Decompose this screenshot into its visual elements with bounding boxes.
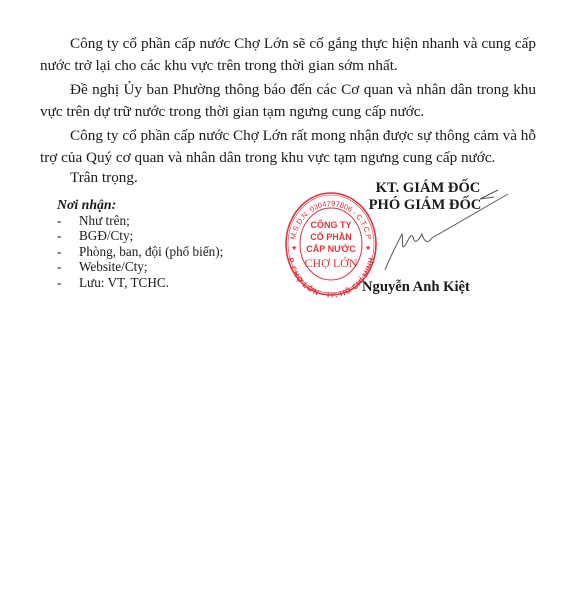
recipient-label: Như trên; [79, 213, 130, 229]
recipient-label: BGĐ/Cty; [79, 228, 133, 244]
recipient-label: Website/Cty; [79, 259, 148, 275]
signer-name: Nguyễn Anh Kiệt [362, 279, 470, 296]
paragraph-2-text: Đề nghị Ủy ban Phường thông báo đến các … [40, 81, 536, 120]
recipient-item: -Phòng, ban, đội (phổ biến); [57, 244, 223, 260]
paragraph-3-text: Công ty cổ phần cấp nước Chợ Lớn rất mon… [40, 127, 536, 166]
svg-text:CẤP NƯỚC: CẤP NƯỚC [306, 243, 356, 254]
paragraph-1: Công ty cổ phần cấp nước Chợ Lớn sẽ cố g… [40, 33, 536, 77]
recipient-label: Lưu: VT, TCHC. [79, 275, 169, 291]
recipient-label: Phòng, ban, đội (phổ biến); [79, 244, 223, 260]
closing-salutation: Trân trọng. [70, 169, 138, 187]
svg-text:CHỢ LỚN: CHỢ LỚN [305, 256, 358, 270]
svg-text:★: ★ [291, 244, 297, 252]
recipient-item: -Website/Cty; [57, 259, 223, 275]
svg-text:CÔNG TY: CÔNG TY [310, 219, 351, 230]
recipients-list: Nơi nhận: -Như trên; -BGĐ/Cty; -Phòng, b… [57, 197, 223, 290]
recipients-title: Nơi nhận: [57, 197, 223, 213]
handwritten-signature-icon [370, 172, 510, 282]
svg-text:CỔ PHẦN: CỔ PHẦN [310, 231, 352, 242]
paragraph-2: Đề nghị Ủy ban Phường thông báo đến các … [40, 79, 536, 123]
recipient-item: -Như trên; [57, 213, 223, 229]
paragraph-3: Công ty cổ phần cấp nước Chợ Lớn rất mon… [40, 125, 536, 169]
recipient-item: -Lưu: VT, TCHC. [57, 275, 223, 291]
recipient-item: -BGĐ/Cty; [57, 228, 223, 244]
paragraph-1-text: Công ty cổ phần cấp nước Chợ Lớn sẽ cố g… [40, 35, 536, 74]
